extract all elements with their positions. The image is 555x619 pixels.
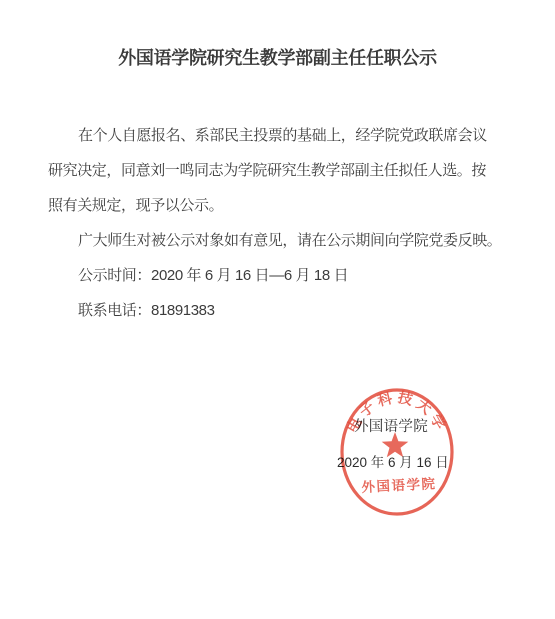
body-line: 公示时间：2020 年 6 月 16 日—6 月 18 日 (48, 258, 508, 293)
seal-bottom-text: 外国语学院 (361, 475, 437, 495)
body-line: 广大师生对被公示对象如有意见，请在公示期间向学院党委反映。 (48, 223, 508, 258)
body-line: 研究决定，同意刘一鸣同志为学院研究生教学部副主任拟任人选。按 (48, 153, 508, 188)
announcement-body: 在个人自愿报名、系部民主投票的基础上，经学院党政联席会议研究决定，同意刘一鸣同志… (48, 118, 508, 328)
star-icon (382, 432, 409, 457)
seal-arc-text: 电子科技大学 (343, 388, 452, 436)
body-line: 在个人自愿报名、系部民主投票的基础上，经学院党政联席会议 (48, 118, 508, 153)
document-page: 外国语学院研究生教学部副主任任职公示 在个人自愿报名、系部民主投票的基础上，经学… (0, 0, 555, 619)
official-seal-stamp: 电子科技大学 外国语学院 (337, 386, 461, 518)
body-line: 照有关规定，现予以公示。 (48, 188, 508, 223)
page-title: 外国语学院研究生教学部副主任任职公示 (0, 44, 555, 70)
body-line: 联系电话：81891383 (48, 293, 508, 328)
